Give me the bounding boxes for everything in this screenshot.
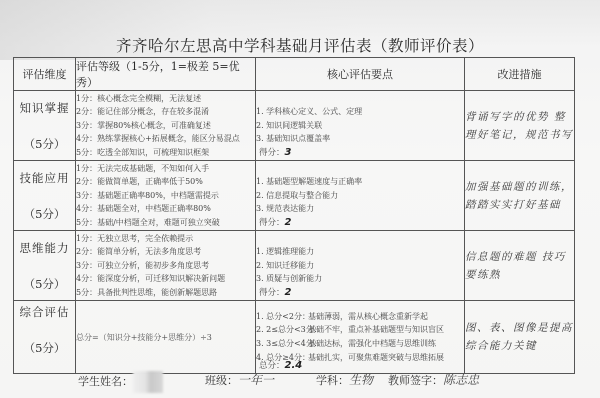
table-row-thinking: 思维能力 （5分） 1分：无独立思考，完全依赖提示 2分：能简单分析，无法多角度… — [14, 231, 575, 301]
point-item: 1. 逻辑推理能力 — [256, 245, 464, 259]
level-item: 3分：可独立分析，能初步多角度思考 — [76, 259, 255, 273]
level-item: 3分：基础题正确率80%，中档题需提示 — [76, 189, 255, 203]
dimension-cell: 知识掌握 （5分） — [14, 91, 76, 161]
teacher-signature-value: 陈志忠 — [443, 373, 479, 387]
subject-field[interactable]: 学科：生物 — [316, 371, 373, 388]
dimension-max: （5分） — [14, 340, 75, 356]
dimension-name: 思维能力 — [14, 240, 75, 256]
dimension-max: （5分） — [14, 136, 75, 152]
dimension-cell: 综合评估 （5分） — [14, 301, 76, 374]
teacher-signature-label: 教师签字： — [388, 374, 443, 387]
points-cell: 1. 基础题型解题速度与正确率 2. 信息提取与整合能力 3. 规范表达能力 得… — [256, 161, 465, 231]
teacher-signature-field[interactable]: 教师签字：陈志忠 — [388, 371, 479, 388]
criteria-item: 3. 3≤总分<4分：基础达标，需强化中档题与思维训练 — [256, 337, 464, 351]
form-title: 齐齐哈尔左思高中学科基础月评估表（教师评价表） — [0, 34, 600, 56]
score-value: 2.4 — [285, 360, 303, 371]
class-value: 一年一 — [238, 373, 274, 387]
criteria-item: 2. 2≤总分<3分：基础不牢，重点补基础题型与知识盲区 — [256, 323, 464, 337]
level-item: 1分：无法完成基础题，不知如何入手 — [76, 162, 255, 176]
subject-label: 学科： — [316, 374, 349, 387]
level-item: 4分：基础题全对，中档题正确率80% — [76, 202, 255, 216]
point-item: 1. 基础题型解题速度与正确率 — [256, 175, 464, 189]
subject-value: 生物 — [349, 373, 373, 387]
table-row-knowledge: 知识掌握 （5分） 1分：核心概念完全模糊，无法复述 2分：能记住部分概念，存在… — [14, 91, 575, 161]
score-value: 3 — [285, 147, 292, 158]
points-cell: 1. 逻辑推理能力 2. 知识迁移能力 3. 质疑与创新能力 得分：2 — [256, 231, 465, 301]
criteria-item: 1. 总分<2分：基础薄弱，需从核心概念重新学起 — [256, 310, 464, 324]
point-item: 2. 信息提取与整合能力 — [256, 189, 464, 203]
header-dimension: 评估维度 — [14, 58, 76, 91]
level-item: 1分：核心概念完全模糊，无法复述 — [76, 92, 255, 106]
header-levels: 评估等级（1-5分，1=极差 5=优秀） — [76, 58, 256, 91]
formula-cell: 总分=（知识分+技能分+思维分）÷3 — [76, 301, 256, 374]
score-label: 总分： — [259, 361, 285, 371]
class-field[interactable]: 班级：一年一 — [205, 371, 274, 388]
dimension-name: 综合评估 — [14, 304, 75, 320]
evaluation-table: 评估维度 评估等级（1-5分，1=极差 5=优秀） 核心评估要点 改进措施 知识… — [13, 57, 575, 374]
levels-cell: 1分：核心概念完全模糊，无法复述 2分：能记住部分概念，存在较多混淆 3分：掌握… — [76, 91, 256, 161]
score-field[interactable]: 得分：3 — [259, 146, 291, 158]
point-item: 3. 质疑与创新能力 — [256, 272, 464, 286]
level-item: 5分：基础/中档题全对，难题可独立突破 — [76, 216, 255, 230]
point-item: 2. 知识迁移能力 — [256, 259, 464, 273]
dimension-cell: 思维能力 （5分） — [14, 231, 76, 301]
level-item: 2分：能做简单题，正确率低于50% — [76, 175, 255, 189]
level-item: 3分：掌握80%核心概念，可准确复述 — [76, 119, 255, 133]
dimension-max: （5分） — [14, 276, 75, 292]
student-name-label: 学生姓名： — [78, 375, 133, 388]
level-item: 4分：能深度分析，可迁移知识解决新问题 — [76, 272, 255, 286]
dimension-cell: 技能应用 （5分） — [14, 161, 76, 231]
level-item: 1分：无独立思考，完全依赖提示 — [76, 232, 255, 246]
score-label: 得分： — [259, 288, 285, 298]
dimension-name: 技能应用 — [14, 170, 75, 186]
score-label: 得分： — [259, 218, 285, 228]
levels-cell: 1分：无法完成基础题，不知如何入手 2分：能做简单题，正确率低于50% 3分：基… — [76, 161, 256, 231]
score-field[interactable]: 得分：2 — [259, 286, 291, 298]
level-item: 4分：熟练掌握核心+拓展概念，能区分易混点 — [76, 132, 255, 146]
student-name-redacted — [133, 371, 163, 393]
point-item: 3. 基础知识点覆盖率 — [256, 132, 464, 146]
total-score-field[interactable]: 总分：2.4 — [259, 359, 302, 371]
header-points: 核心评估要点 — [256, 58, 465, 91]
level-item: 2分：能简单分析，无法多角度思考 — [76, 245, 255, 259]
table-row-comprehensive: 综合评估 （5分） 总分=（知识分+技能分+思维分）÷3 1. 总分<2分：基础… — [14, 301, 575, 374]
measure-field[interactable]: 背诵写字的优势 整理好笔记，规范书写 — [465, 91, 575, 161]
level-item: 5分：具备批判性思维，能创新解题思路 — [76, 286, 255, 300]
student-name-field[interactable]: 学生姓名： — [78, 371, 163, 393]
score-value: 2 — [285, 217, 292, 228]
measure-field[interactable]: 加强基础题的训练，踏踏实实打好基础 — [465, 161, 575, 231]
measure-field[interactable]: 图、表、图像是提高综合能力关键 — [465, 301, 575, 374]
score-field[interactable]: 得分：2 — [259, 216, 291, 228]
header-row: 评估维度 评估等级（1-5分，1=极差 5=优秀） 核心评估要点 改进措施 — [14, 58, 575, 91]
levels-cell: 1分：无独立思考，完全依赖提示 2分：能简单分析，无法多角度思考 3分：可独立分… — [76, 231, 256, 301]
header-measures: 改进措施 — [465, 58, 575, 91]
criteria-cell: 1. 总分<2分：基础薄弱，需从核心概念重新学起 2. 2≤总分<3分：基础不牢… — [256, 301, 465, 374]
score-label: 得分： — [259, 148, 285, 158]
point-item: 2. 知识间逻辑关联 — [256, 119, 464, 133]
level-item: 5分：吃透全部知识，可梳理知识框架 — [76, 146, 255, 160]
level-item: 2分：能记住部分概念，存在较多混淆 — [76, 105, 255, 119]
point-item: 3. 规范表达能力 — [256, 202, 464, 216]
dimension-max: （5分） — [14, 206, 75, 222]
score-value: 2 — [285, 287, 292, 298]
class-label: 班级： — [205, 374, 238, 387]
table-row-skill: 技能应用 （5分） 1分：无法完成基础题，不知如何入手 2分：能做简单题，正确率… — [14, 161, 575, 231]
points-cell: 1. 学科核心定义、公式、定理 2. 知识间逻辑关联 3. 基础知识点覆盖率 得… — [256, 91, 465, 161]
point-item: 1. 学科核心定义、公式、定理 — [256, 105, 464, 119]
dimension-name: 知识掌握 — [14, 100, 75, 116]
measure-field[interactable]: 信息题的难题 技巧要练熟 — [465, 231, 575, 301]
